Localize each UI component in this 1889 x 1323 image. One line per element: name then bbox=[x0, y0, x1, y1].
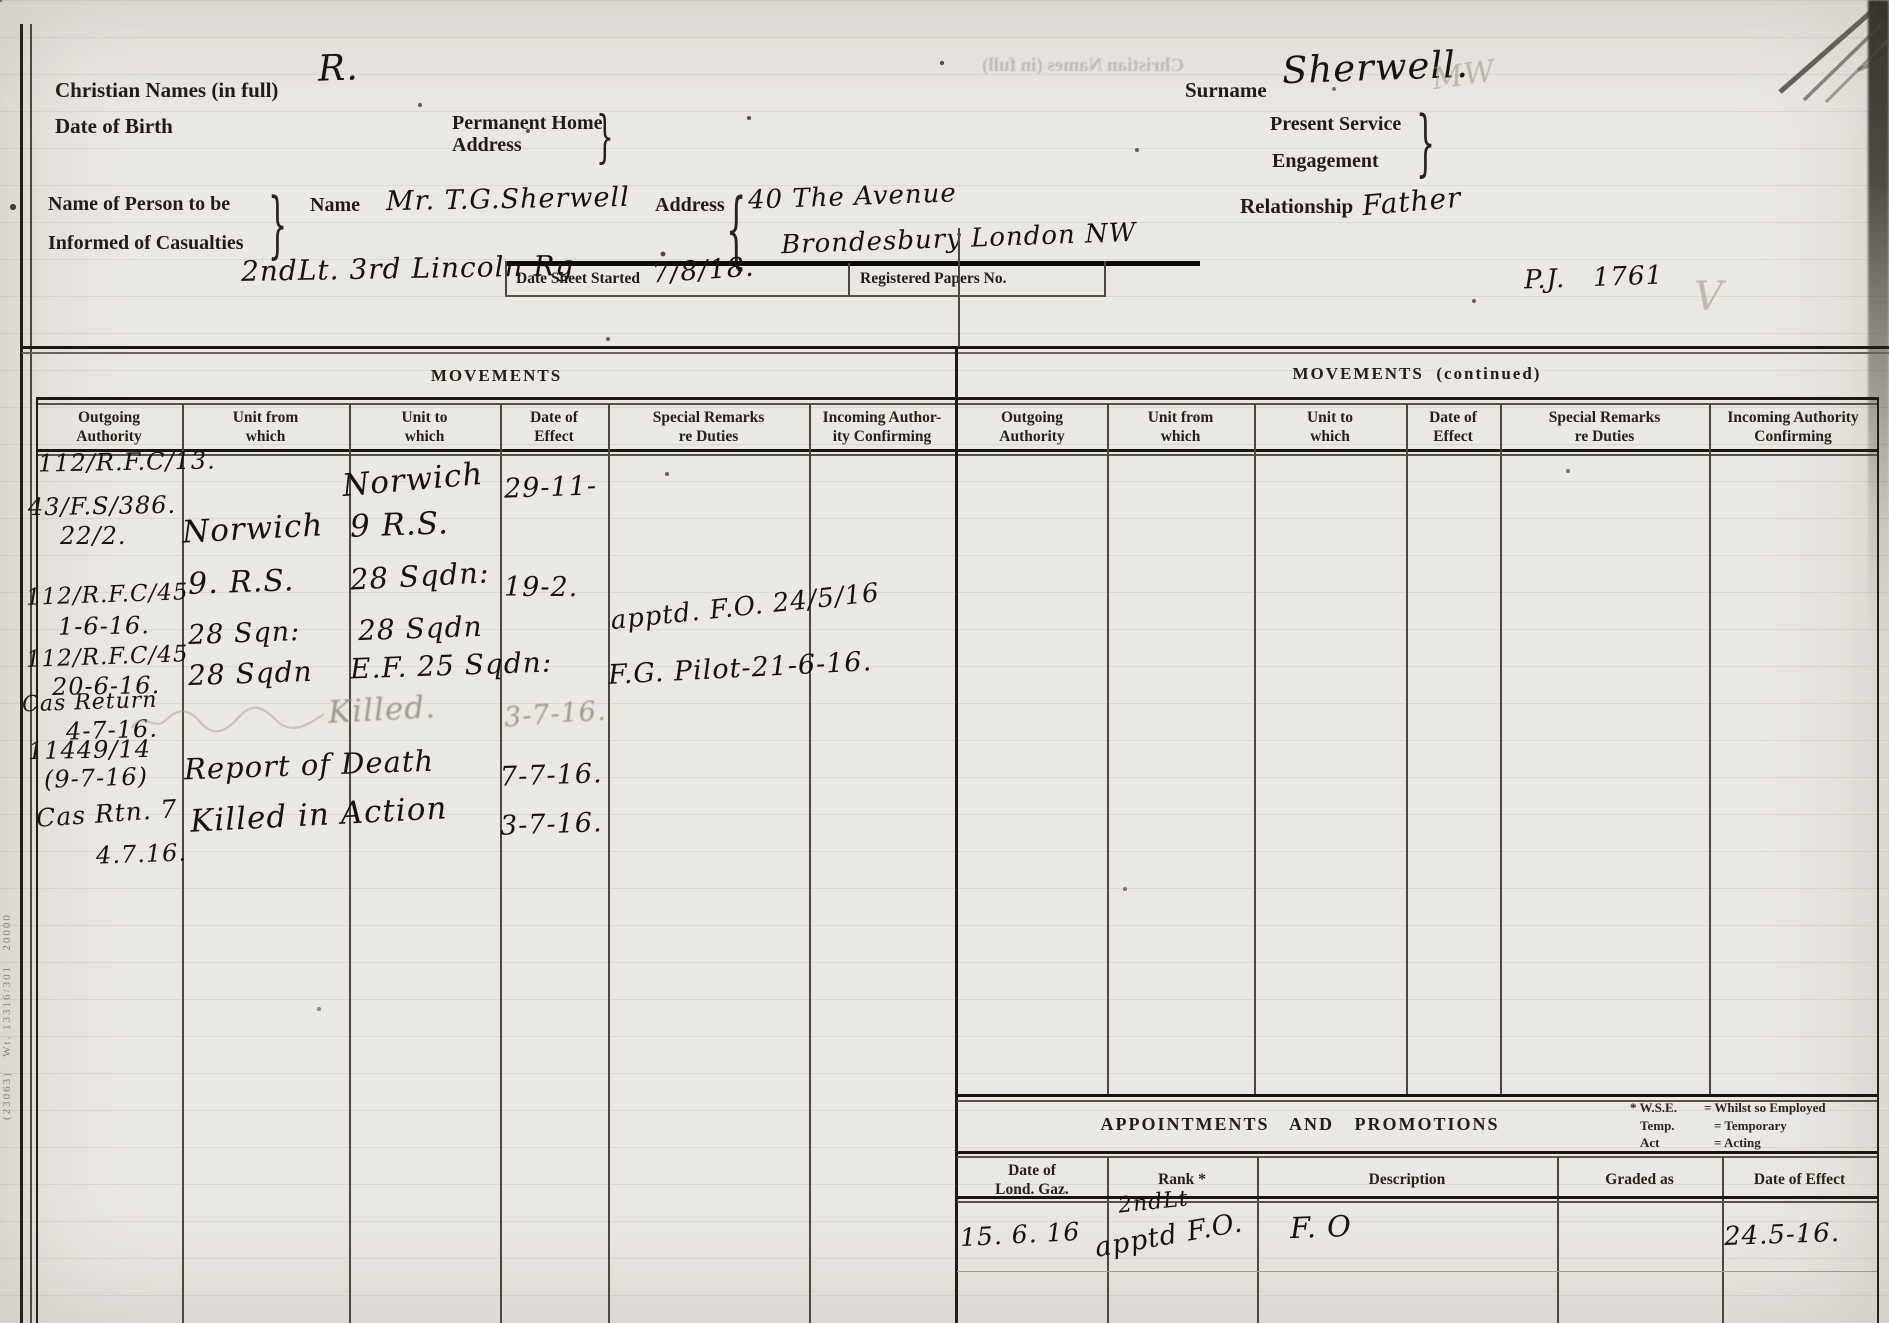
appointment-rank-line1: 2ndLt bbox=[1117, 1186, 1190, 1218]
present-service-brace: } bbox=[1416, 102, 1435, 186]
permanent-home-label-line1: Permanent Home bbox=[452, 112, 603, 135]
left-table-edge bbox=[36, 397, 38, 1323]
relationship-label: Relationship bbox=[1240, 194, 1353, 219]
column-divider bbox=[608, 404, 610, 1323]
relationship-value: Father bbox=[1361, 181, 1463, 223]
appointments-title: APPOINTMENTS AND PROMOTIONS bbox=[1000, 1114, 1600, 1135]
pencil-check-mark: V bbox=[1694, 274, 1723, 320]
movement-authority-date: (9-7-16) bbox=[44, 762, 149, 794]
casualty-contact-label-line2: Informed of Casualties bbox=[48, 232, 244, 255]
col-header-line: which bbox=[1310, 428, 1350, 445]
column-divider bbox=[1500, 404, 1502, 1095]
col-header-date-of-effect: Date ofEffect bbox=[1406, 408, 1500, 446]
col-header-graded-as: Graded as bbox=[1557, 1170, 1722, 1189]
registered-papers-label: Registered Papers No. bbox=[860, 270, 1007, 288]
date-sheet-box-top-bar bbox=[505, 261, 1200, 266]
col-header-outgoing-authority: OutgoingAuthority bbox=[957, 408, 1107, 446]
contact-name-label: Name bbox=[310, 194, 360, 217]
left-margin-rule-inner bbox=[30, 24, 32, 1323]
erased-entry-scribble bbox=[128, 698, 328, 742]
col-header-line: Graded as bbox=[1605, 1171, 1673, 1188]
movement-unit-from: 28 Sqn: bbox=[187, 616, 300, 651]
column-divider bbox=[1406, 404, 1408, 1095]
movement-unit-to: E.F. 25 Sqdn: bbox=[349, 645, 552, 685]
legend-act: Act= Acting bbox=[1630, 1135, 1761, 1151]
col-header-line: which bbox=[1161, 428, 1201, 445]
col-header-line: re Duties bbox=[679, 428, 739, 445]
col-header-unit-to: Unit towhich bbox=[1254, 408, 1406, 446]
col-header-line: Incoming Author- bbox=[823, 409, 942, 426]
right-table-edge bbox=[1877, 397, 1879, 1323]
col-header-line: Date of Effect bbox=[1754, 1171, 1845, 1188]
movement-date: 19-2. bbox=[504, 572, 578, 603]
col-header-date-of-effect: Date of Effect bbox=[1722, 1170, 1877, 1189]
col-header-special-remarks: Special Remarksre Duties bbox=[608, 408, 809, 446]
column-divider bbox=[500, 404, 502, 1323]
legend-abbr: * W.S.E. bbox=[1630, 1100, 1704, 1116]
scan-speckle bbox=[0, 0, 2, 2]
contact-address-label: Address bbox=[655, 194, 725, 217]
movement-date: 29-11- bbox=[503, 470, 597, 504]
movements-continued-title: MOVEMENTS (continued) bbox=[957, 364, 1877, 384]
col-header-line: Outgoing bbox=[78, 409, 140, 426]
christian-names-label: Christian Names (in full) bbox=[55, 78, 278, 103]
left-margin-rule-outer bbox=[20, 24, 23, 1323]
movement-authority: 43/F.S/386. bbox=[28, 491, 177, 522]
col-header-line: Special Remarks bbox=[1549, 409, 1661, 426]
col-header-line: Effect bbox=[534, 428, 574, 445]
col-header-line: ity Confirming bbox=[833, 428, 932, 445]
movement-authority: 112/R.F.C/13. bbox=[38, 446, 216, 477]
col-header-date-of-effect: Date ofEffect bbox=[500, 408, 608, 446]
date-sheet-box-left bbox=[505, 261, 507, 297]
contact-address-line1: 40 The Avenue bbox=[748, 178, 958, 215]
appointments-header-bottom-rule-2 bbox=[957, 1201, 1877, 1203]
movement-entry: Killed in Action bbox=[189, 790, 448, 839]
legend-abbr: Temp. bbox=[1630, 1118, 1714, 1134]
col-header-unit-to: Unit towhich bbox=[349, 408, 500, 446]
col-header-line: Outgoing bbox=[1001, 409, 1063, 426]
movement-authority-date: 4.7.16. bbox=[96, 838, 188, 869]
legend-wse: * W.S.E.= Whilst so Employed bbox=[1630, 1100, 1826, 1116]
christian-names-value: R. bbox=[317, 47, 359, 89]
movement-unit-to: Norwich bbox=[341, 456, 485, 504]
legend-temp: Temp.= Temporary bbox=[1630, 1118, 1787, 1134]
date-sheet-box-right bbox=[1104, 261, 1106, 297]
surname-pencil-note: MW bbox=[1430, 54, 1498, 98]
movement-authority: 112/R.F.C/45 bbox=[26, 579, 189, 611]
contact-name-value: Mr. T.G.Sherwell bbox=[386, 182, 630, 217]
appointments-header-top-rule-2 bbox=[957, 1156, 1877, 1158]
movement-authority: 112/R.F.C/45 bbox=[26, 641, 189, 673]
column-divider bbox=[1107, 404, 1109, 1095]
date-of-birth-label: Date of Birth bbox=[55, 114, 173, 139]
movement-remarks: F.G. Pilot-21-6-16. bbox=[607, 646, 873, 691]
center-divider-stub bbox=[958, 228, 960, 347]
movement-date: 7-7-16. bbox=[499, 758, 603, 793]
col-header-unit-from: Unit fromwhich bbox=[182, 408, 349, 446]
col-header-line: Date of bbox=[530, 409, 578, 426]
col-header-line: Special Remarks bbox=[653, 409, 765, 426]
column-divider bbox=[809, 404, 811, 1323]
pj-reference: P.J. 1761 bbox=[1524, 261, 1664, 296]
movement-unit-to: 28 Sqdn bbox=[357, 610, 483, 647]
movement-unit-from: 28 Sqdn bbox=[187, 655, 313, 692]
col-header-incoming-authority: Incoming Author-ity Confirming bbox=[809, 408, 955, 446]
col-header-line: Unit to bbox=[1307, 409, 1353, 426]
col-header-line: Unit to bbox=[401, 409, 447, 426]
col-header-line: Authority bbox=[999, 428, 1064, 445]
margin-printer-code: (23063) Wt. 13316/301 20000 bbox=[1, 540, 13, 1120]
col-header-line: re Duties bbox=[1575, 428, 1635, 445]
appointments-header-top-rule bbox=[957, 1151, 1877, 1154]
col-header-line: Effect bbox=[1433, 428, 1473, 445]
legend-meaning: = Temporary bbox=[1714, 1118, 1787, 1133]
movement-unit-to: 28 Sqdn: bbox=[349, 555, 490, 596]
appointment-description: F. O bbox=[1289, 1209, 1352, 1245]
col-header-unit-from: Unit fromwhich bbox=[1107, 408, 1254, 446]
col-header-special-remarks: Special Remarksre Duties bbox=[1500, 408, 1709, 446]
appointments-row-rule bbox=[957, 1271, 1877, 1272]
column-divider bbox=[1709, 404, 1711, 1095]
date-sheet-box-divider bbox=[848, 263, 850, 296]
appointment-date-lond-gaz: 15. 6. 16 bbox=[959, 1217, 1081, 1252]
col-header-line: Date of bbox=[1008, 1162, 1056, 1179]
movement-authority-date: 22/2. bbox=[60, 522, 127, 550]
col-header-line: Date of bbox=[1429, 409, 1477, 426]
col-header-incoming-authority: Incoming AuthorityConfirming bbox=[1709, 408, 1877, 446]
movement-date: 3-7-16. bbox=[499, 807, 603, 842]
appointments-header-bottom-rule bbox=[957, 1196, 1877, 1199]
date-sheet-started-value: 7/8/18. bbox=[651, 251, 755, 289]
movements-title: MOVEMENTS bbox=[36, 366, 957, 386]
movement-date: 3-7-16. bbox=[503, 695, 607, 733]
col-header-outgoing-authority: OutgoingAuthority bbox=[36, 408, 182, 446]
date-sheet-started-label: Date Sheet Started bbox=[516, 270, 640, 288]
col-header-description: Description bbox=[1257, 1170, 1557, 1189]
movement-remarks: apptd. F.O. 24/5/16 bbox=[609, 578, 881, 636]
col-header-line: Authority bbox=[76, 428, 141, 445]
col-header-line: which bbox=[405, 428, 445, 445]
scanned-service-record: (23063) Wt. 13316/301 20000 Christian Na… bbox=[0, 0, 1889, 1323]
bleed-through-ghost-text: Christian Names (in full) bbox=[982, 55, 1184, 77]
col-header-line: Unit from bbox=[233, 409, 299, 426]
permanent-home-brace: } bbox=[596, 104, 614, 170]
movement-authority: Cas Rtn. 7 bbox=[35, 794, 178, 833]
col-header-line: Rank * bbox=[1158, 1171, 1206, 1188]
surname-label: Surname bbox=[1185, 78, 1267, 103]
permanent-home-label-line2: Address bbox=[452, 134, 522, 157]
appointment-rank-line2: apptd F.O. bbox=[1092, 1207, 1245, 1264]
movement-unit-from: 9. R.S. bbox=[187, 563, 294, 602]
col-header-line: Confirming bbox=[1754, 428, 1832, 445]
movement-entry: Killed. bbox=[327, 689, 437, 731]
present-service-label-line2: Engagement bbox=[1272, 150, 1379, 173]
corner-pencil-scribble bbox=[1762, 0, 1889, 104]
present-service-label-line1: Present Service bbox=[1270, 113, 1401, 136]
movement-unit-from: Norwich bbox=[181, 507, 324, 550]
col-header-date-lond-gaz: Date ofLond. Gaz. bbox=[957, 1161, 1107, 1199]
col-header-line: Incoming Authority bbox=[1727, 409, 1858, 426]
col-header-line: which bbox=[246, 428, 286, 445]
col-header-line: Description bbox=[1369, 1171, 1446, 1188]
legend-meaning: = Acting bbox=[1714, 1135, 1761, 1150]
movement-authority-date: 1-6-16. bbox=[58, 611, 150, 641]
casualty-contact-label-line1: Name of Person to be bbox=[48, 193, 230, 216]
date-sheet-box-bottom bbox=[505, 295, 1105, 297]
legend-meaning: = Whilst so Employed bbox=[1704, 1100, 1826, 1115]
appointment-date-of-effect: 24.5-16. bbox=[1724, 1218, 1841, 1252]
column-divider bbox=[1254, 404, 1256, 1095]
movement-entry: Report of Death bbox=[183, 744, 434, 787]
movement-unit-to: 9 R.S. bbox=[349, 505, 449, 544]
legend-abbr: Act bbox=[1630, 1135, 1714, 1151]
movement-authority: 11449/14 bbox=[28, 735, 151, 765]
col-header-line: Unit from bbox=[1148, 409, 1214, 426]
appointments-top-rule bbox=[957, 1094, 1877, 1097]
